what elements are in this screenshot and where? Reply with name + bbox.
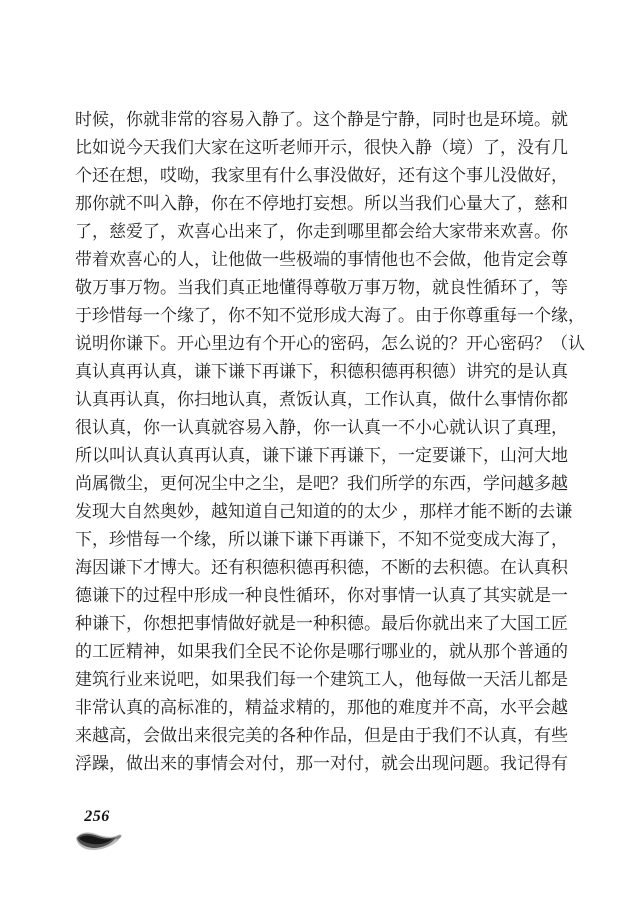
text-line: 发现大自然奥妙，越知道自己知道的的太少 ，那样才能不断的去谦 (75, 498, 568, 526)
text-line: 敬万事万物。当我们真正地懂得尊敬万事万物，就良性循环了，等 (75, 274, 568, 302)
text-line: 认真再认真，你扫地认真，煮饭认真，工作认真，做什么事情你都 (75, 386, 568, 414)
text-line: 种谦下，你想把事情做好就是一种积德。最后你就出来了大国工匠 (75, 610, 568, 638)
text-line: 的工匠精神，如果我们全民不论你是哪行哪业的，就从那个普通的 (75, 638, 568, 666)
text-line: 所以叫认真认真再认真，谦下谦下再谦下，一定要谦下，山河大地 (75, 442, 568, 470)
text-line: 那你就不叫入静，你在不停地打妄想。所以当我们心量大了，慈和 (75, 190, 568, 218)
text-line: 德谦下的过程中形成一种良性循环，你对事情一认真了其实就是一 (75, 582, 568, 610)
text-line: 于珍惜每一个缘了，你不知不觉形成大海了。由于你尊重每一个缘， (75, 302, 568, 330)
text-line: 下，珍惜每一个缘，所以谦下谦下再谦下，不知不觉变成大海了， (75, 526, 568, 554)
text-line: 比如说今天我们大家在这听老师开示，很快入静（境）了，没有几 (75, 134, 568, 162)
book-page: 时候，你就非常的容易入静了。这个静是宁静，同时也是环境。就 比如说今天我们大家在… (0, 0, 643, 907)
ink-brush-stroke-icon (73, 827, 125, 855)
text-line: 时候，你就非常的容易入静了。这个静是宁静，同时也是环境。就 (75, 106, 568, 134)
text-line: 尚属微尘，更何况尘中之尘，是吧？我们所学的东西，学问越多越 (75, 470, 568, 498)
text-line: 个还在想，哎呦，我家里有什么事没做好，还有这个事儿没做好， (75, 162, 568, 190)
text-line: 带着欢喜心的人，让他做一些极端的事情他也不会做，他肯定会尊 (75, 246, 568, 274)
text-line: 海因谦下才博大。还有积德积德再积德，不断的去积德。在认真积 (75, 554, 568, 582)
page-footer: 256 (73, 808, 133, 855)
text-line: 来越高，会做出来很完美的各种作品，但是由于我们不认真，有些 (75, 722, 568, 750)
text-line: 浮躁，做出来的事情会对付，那一对付，就会出现问题。我记得有 (75, 750, 568, 778)
page-number: 256 (73, 808, 121, 826)
paragraph-text: 时候，你就非常的容易入静了。这个静是宁静，同时也是环境。就 比如说今天我们大家在… (75, 106, 568, 778)
text-line: 建筑行业来说吧，如果我们每一个建筑工人，他每做一天活儿都是 (75, 666, 568, 694)
text-line: 说明你谦下。开心里边有个开心的密码，怎么说的？开心密码？（认 (75, 330, 568, 358)
text-line: 真认真再认真，谦下谦下再谦下，积德积德再积德）讲究的是认真 (75, 358, 568, 386)
text-line: 了，慈爱了，欢喜心出来了，你走到哪里都会给大家带来欢喜。你 (75, 218, 568, 246)
text-line: 非常认真的高标准的，精益求精的，那他的难度并不高，水平会越 (75, 694, 568, 722)
text-line: 很认真，你一认真就容易入静，你一认真一不小心就认识了真理， (75, 414, 568, 442)
